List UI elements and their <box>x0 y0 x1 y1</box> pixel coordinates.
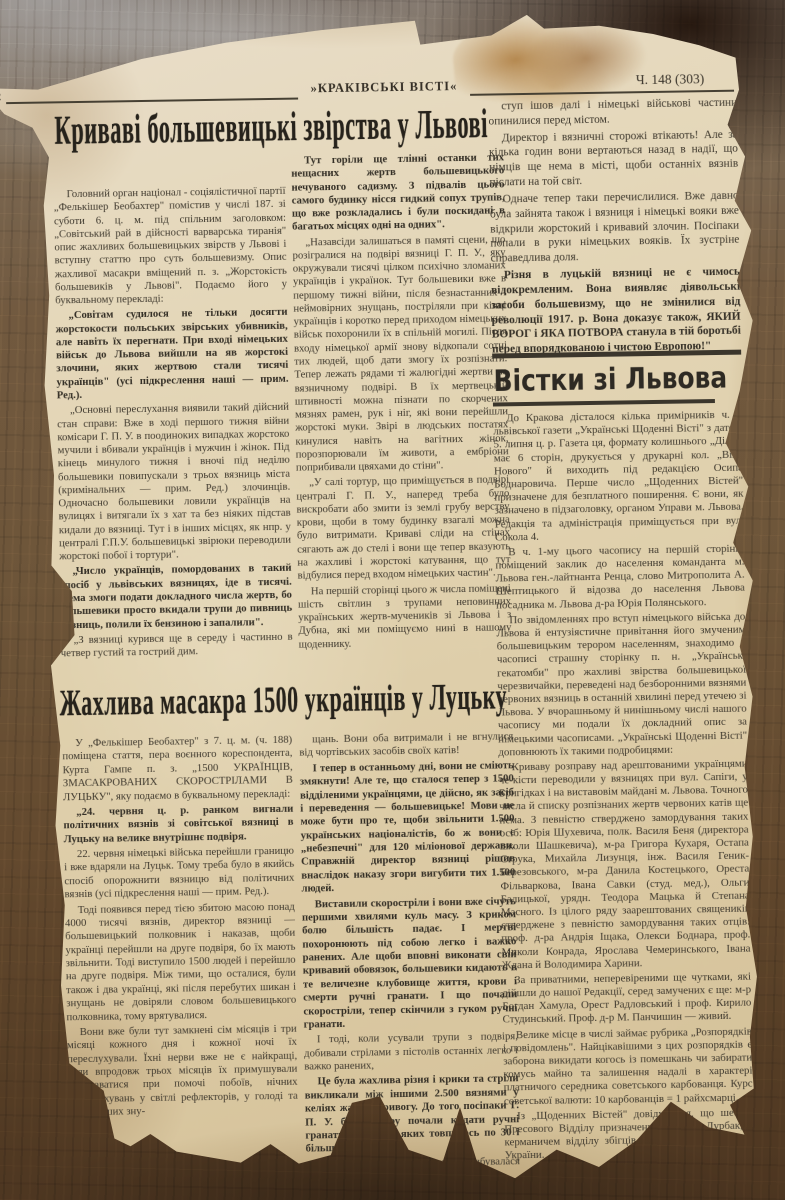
paragraph: Виставили скоростріли і вони вже січуть … <box>302 895 518 1032</box>
page-number: 2 <box>0 89 1 104</box>
paragraph: „З вязниці курився ще в середу і частинн… <box>60 630 292 660</box>
masthead-rule-right <box>470 90 734 96</box>
paragraph: „Число українців, помордованих в такий с… <box>59 562 292 632</box>
paragraph: Тут горіли ще тлінні останки тих нещасни… <box>291 151 505 234</box>
headline-lutsk-massacre: Жахлива масакра 1500 українців у Луцьку <box>59 676 507 724</box>
paragraph: Велике місце в числі займає рубрика „Роз… <box>503 1025 753 1108</box>
paragraph: „У салі тортур, що приміщується в подвір… <box>296 474 511 583</box>
paragraph: По звідомленнях про вступ німецького вій… <box>496 610 747 759</box>
paragraph: „Назавсіди залишаться в памяті сцени, що… <box>292 233 509 475</box>
article-continuation-column: ступ ішов далі і німецькі військові част… <box>488 96 741 356</box>
paragraph: „24. червня ц. р. ранком вигнали політич… <box>63 803 294 847</box>
paragraph: Криваву розправу над арештованими україн… <box>499 757 751 972</box>
paragraph: В ч. 1-му цього часопису на першій сторі… <box>495 542 745 612</box>
paragraph: На першій сторінці цього ж числа поміщен… <box>298 582 512 652</box>
news-lviv-column: До Кракова дісталося кілька примірників … <box>493 409 754 1163</box>
paragraph: До Кракова дісталося кілька примірників … <box>493 409 744 545</box>
section-header-news-lviv: Вістки зі Львова <box>493 360 727 398</box>
article-lviv-column-1: Головний орган націонал - соціялістичної… <box>53 185 293 691</box>
paragraph: І тоді, коли усували трупи з подвіря, до… <box>304 1030 519 1073</box>
article-lutsk-column-2: щань. Вони оба витримали і не вгнулися в… <box>299 730 520 1200</box>
masthead-title: »КРАКІВСЬКІ ВІСТІ« <box>302 79 466 97</box>
paragraph: І тепер в останньому дні, вони не сміють… <box>300 759 516 896</box>
paragraph: За приватними, неперевіреними ще чутками… <box>502 970 752 1027</box>
paragraph: Різня в луцькій вязниці не є чимось відо… <box>491 265 741 356</box>
paragraph: Директор і вязничні сторожі втікають! Ал… <box>489 127 739 190</box>
paragraph: Головний орган націонал - соціялістичної… <box>53 185 287 308</box>
paragraph: Одначе тепер таки перечислилися. Вже дав… <box>490 189 740 267</box>
paragraph: У „Фелькішер Беобахтер" з 7. ц. м. (ч. 1… <box>62 734 293 804</box>
paragraph: „Основні переслухання виявили такий дійс… <box>57 401 291 564</box>
paragraph: „Совітам судилося не тільки досягти жорс… <box>55 306 288 402</box>
paragraph: щань. Вони оба витримали і не вгнулися в… <box>299 730 513 760</box>
paragraph: 22. червня німецькі війська перейшли гра… <box>64 845 295 902</box>
newspaper-sheet: 2 »КРАКІВСЬКІ ВІСТІ« Ч. 148 (303) Кривав… <box>0 0 785 1200</box>
paragraph: ступ ішов далі і німецькі військові част… <box>488 96 737 130</box>
paragraph: Тоді появився перед тією збитою масою по… <box>65 900 297 1024</box>
issue-number: Ч. 148 (303) <box>636 71 705 88</box>
article-lviv-column-2: Тут горіли ще тлінні останки тих нещасни… <box>291 151 512 688</box>
section-header-underline <box>493 399 715 406</box>
masthead-rule-left <box>6 98 298 105</box>
headline-lviv-atrocities: Криваві большевицькі звірства у Львові <box>54 103 488 155</box>
